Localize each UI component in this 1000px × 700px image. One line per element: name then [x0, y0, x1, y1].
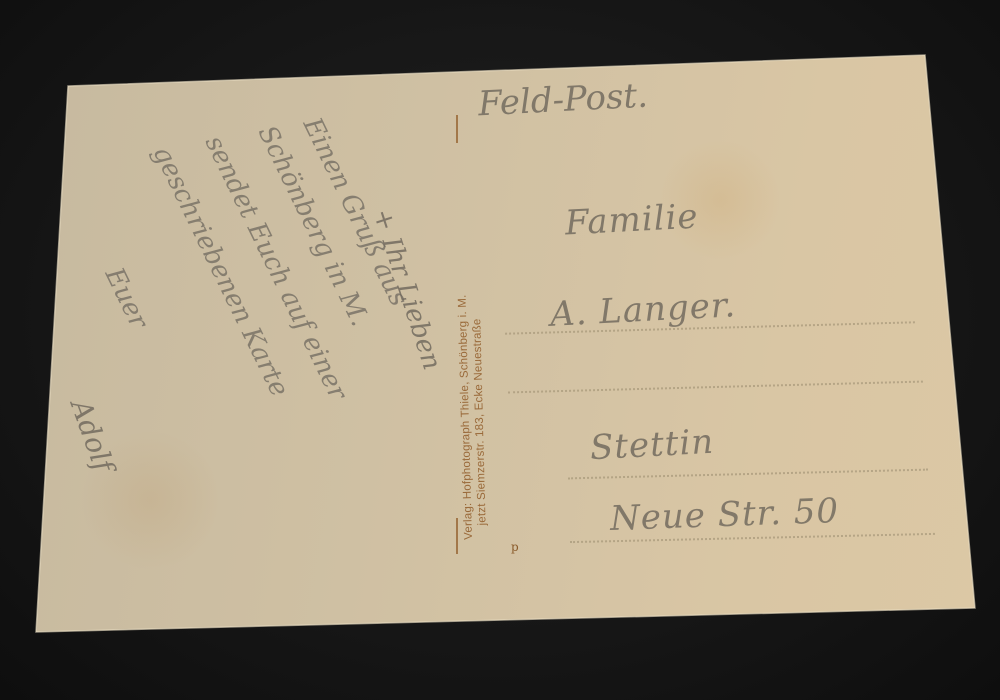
- imprint-rule-top: [456, 115, 458, 143]
- printer-mark: p: [511, 540, 519, 554]
- address-line-1: Familie: [564, 197, 699, 244]
- address-line-3: Stettin: [589, 422, 715, 468]
- address-line-4: Neue Str. 50: [609, 491, 839, 539]
- imprint-rule-bottom: [456, 518, 458, 554]
